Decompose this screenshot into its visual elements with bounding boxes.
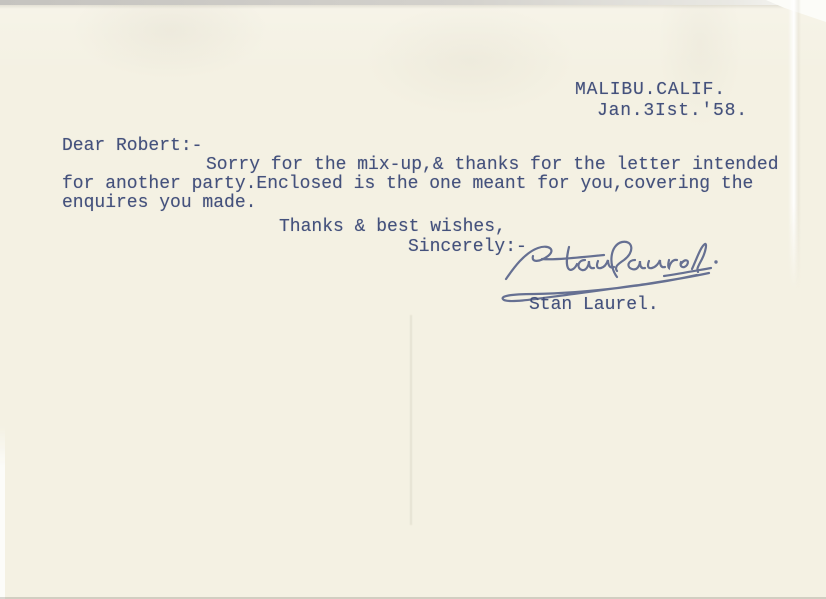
letter-typed-name: Stan Laurel. [529,295,659,315]
paper-fold-crease [410,315,412,525]
letter-body-line: for another party.Enclosed is the one me… [62,174,753,194]
paper-crease-right [788,0,801,290]
letter-salutation: Dear Robert:- [62,136,202,156]
letter-location: MALIBU.CALIF. [575,80,726,100]
scanned-letter: MALIBU.CALIF. Jan.3Ist.'58. Dear Robert:… [0,0,826,599]
letter-body-line: Sorry for the mix-up,& thanks for the le… [206,155,779,175]
letter-date: Jan.3Ist.'58. [597,101,748,121]
letter-closing-thanks: Thanks & best wishes, [279,217,506,237]
scan-left-edge [0,425,5,599]
letter-body-line: enquires you made. [62,193,256,213]
scan-top-edge-shadow [0,5,826,9]
